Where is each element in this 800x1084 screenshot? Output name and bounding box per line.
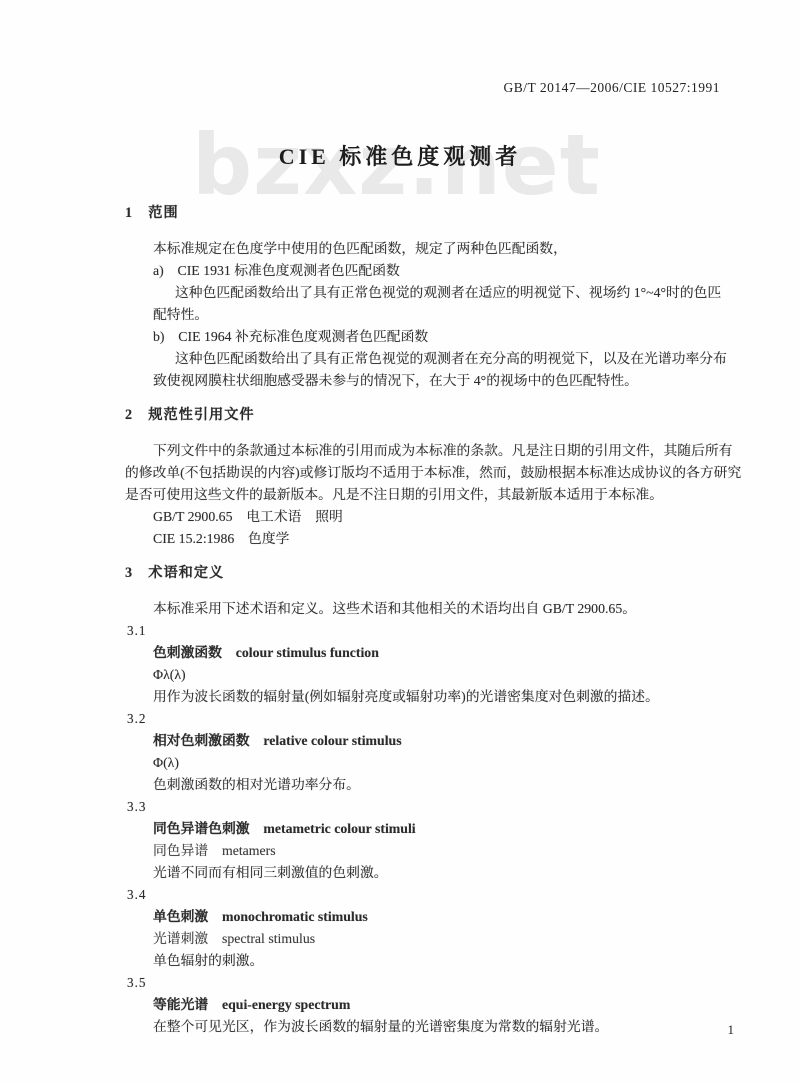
line-paragraph-wrap: 的修改单(不包括勘误的内容)或修订版均不适用于本标准，然而，鼓励根据本标准达成协… bbox=[125, 462, 721, 484]
document-page: bzxz.net GB/T 20147—2006/CIE 10527:1991 … bbox=[0, 0, 800, 1084]
line-paragraph-first: 本标准采用下述术语和定义。这些术语和其他相关的术语均出自 GB/T 2900.6… bbox=[125, 598, 721, 620]
line-list-desc-wrap: 致使视网膜柱状细胞感受器未参与的情况下，在大于 4°的视场中的色匹配特性。 bbox=[125, 370, 721, 392]
line-clause-number: 3.5 bbox=[125, 972, 721, 994]
line-section-heading: 2 规范性引用文件 bbox=[125, 404, 721, 426]
line-clause-number: 3.2 bbox=[125, 708, 721, 730]
line-reference: GB/T 2900.65 电工术语 照明 bbox=[125, 506, 721, 528]
line-term: 单色刺激 monochromatic stimulus bbox=[125, 906, 721, 928]
line-definition: 在整个可见光区，作为波长函数的辐射量的光谱密集度为常数的辐射光谱。 bbox=[125, 1016, 721, 1038]
line-list-item: b) CIE 1964 补充标准色度观测者色匹配函数 bbox=[125, 326, 721, 348]
line-paragraph-first: 本标准规定在色度学中使用的色匹配函数，规定了两种色匹配函数， bbox=[125, 238, 721, 260]
line-definition: 光谱不同而有相同三刺激值的色刺激。 bbox=[125, 862, 721, 884]
line-symbol: Φλ(λ) bbox=[125, 664, 721, 686]
line-section-heading: 1 范围 bbox=[125, 202, 721, 224]
line-term: 色刺激函数 colour stimulus function bbox=[125, 642, 721, 664]
line-definition: 色刺激函数的相对光谱功率分布。 bbox=[125, 774, 721, 796]
document-title: CIE 标准色度观测者 bbox=[0, 140, 800, 171]
line-clause-number: 3.1 bbox=[125, 620, 721, 642]
line-definition: 单色辐射的刺激。 bbox=[125, 950, 721, 972]
line-list-desc-first: 这种色匹配函数给出了具有正常色视觉的观测者在适应的明视觉下、视场约 1°~4°时… bbox=[125, 282, 721, 304]
line-clause-number: 3.3 bbox=[125, 796, 721, 818]
line-term-alt: 光谱刺激 spectral stimulus bbox=[125, 928, 721, 950]
page-number: 1 bbox=[728, 1022, 735, 1038]
document-body: 1 范围本标准规定在色度学中使用的色匹配函数，规定了两种色匹配函数，a) CIE… bbox=[125, 202, 721, 1038]
line-term-alt: 同色异谱 metamers bbox=[125, 840, 721, 862]
line-paragraph-wrap: 是否可使用这些文件的最新版本。凡是不注日期的引用文件，其最新版本适用于本标准。 bbox=[125, 484, 721, 506]
line-definition: 用作为波长函数的辐射量(例如辐射亮度或辐射功率)的光谱密集度对色刺激的描述。 bbox=[125, 686, 721, 708]
line-symbol: Φ(λ) bbox=[125, 752, 721, 774]
line-term: 相对色刺激函数 relative colour stimulus bbox=[125, 730, 721, 752]
line-list-desc-first: 这种色匹配函数给出了具有正常色视觉的观测者在充分高的明视觉下，以及在光谱功率分布 bbox=[125, 348, 721, 370]
standard-code: GB/T 20147—2006/CIE 10527:1991 bbox=[503, 80, 720, 96]
line-list-desc-wrap: 配特性。 bbox=[125, 304, 721, 326]
line-reference: CIE 15.2:1986 色度学 bbox=[125, 528, 721, 550]
line-list-item: a) CIE 1931 标准色度观测者色匹配函数 bbox=[125, 260, 721, 282]
line-clause-number: 3.4 bbox=[125, 884, 721, 906]
line-term: 同色异谱色刺激 metametric colour stimuli bbox=[125, 818, 721, 840]
line-section-heading: 3 术语和定义 bbox=[125, 562, 721, 584]
line-paragraph-first: 下列文件中的条款通过本标准的引用而成为本标准的条款。凡是注日期的引用文件，其随后… bbox=[125, 440, 721, 462]
line-term: 等能光谱 equi-energy spectrum bbox=[125, 994, 721, 1016]
